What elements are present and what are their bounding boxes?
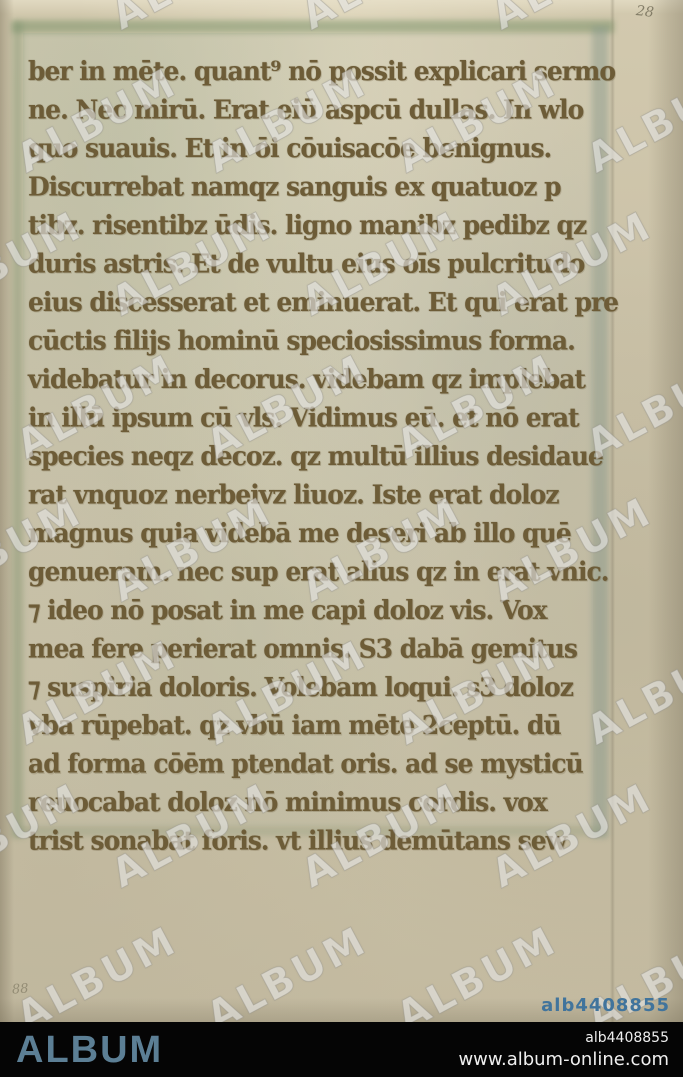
manuscript-line: trist sonabat foris. vt illius demūtans … xyxy=(28,822,610,860)
folio-number-bottom: 88 xyxy=(11,981,29,997)
page-edge-right xyxy=(648,0,683,1023)
folio-number-top: 28 xyxy=(635,3,654,21)
footer-bar: ALBUM alb4408855 www.album-online.com xyxy=(0,1022,683,1077)
page-fold-line xyxy=(610,0,615,1023)
manuscript-line: ne. Nec mirū. Erat eiū aspcū dullas. In … xyxy=(28,90,610,128)
page-edge-top xyxy=(0,0,683,14)
manuscript-line: ⁊ ideo nō posat in me capi doloz vis. Vo… xyxy=(28,591,610,629)
manuscript-line: mea fere perierat omnis. S3 dabā gemitus xyxy=(28,629,610,667)
manuscript-line: eius discesserat et eminuerat. Et qui er… xyxy=(28,283,610,321)
image-id-overlay: alb4408855 xyxy=(541,995,670,1016)
album-logo: ALBUM xyxy=(16,1029,163,1072)
manuscript-line: in illū ipsum cū vls. Vidimus eū. et nō … xyxy=(28,398,610,436)
manuscript-line: duris astris. Et de vultu eius oīs pulcr… xyxy=(28,244,610,282)
manuscript-line: tibz. risentibz ūdis. ligno manibz pedib… xyxy=(28,206,610,244)
manuscript-line: ⁊ suspiria doloris. Volebam loqui. s3 do… xyxy=(28,668,610,706)
manuscript-line: videbatur in decorus. videbam qz impleba… xyxy=(28,360,610,398)
manuscript-line: magnus quia videbā me deseri ab illo quē xyxy=(28,514,610,552)
manuscript-line: species neqz decoz. qz multū illius desi… xyxy=(28,437,610,475)
manuscript-line: Discurrebat namqz sanguis ex quatuoz p xyxy=(28,167,610,205)
manuscript-line: ber in mēte. quant⁹ nō possit explicari … xyxy=(28,52,610,90)
manuscript-line: rat vnquoz nerbeivz liuoz. Iste erat dol… xyxy=(28,475,610,513)
manuscript-line: ad forma cōēm ptendat oris. ad se mystic… xyxy=(28,745,610,783)
manuscript-line: reuocabat doloz nō minimus cordis. vox xyxy=(28,783,610,821)
manuscript-photo: ber in mēte. quant⁹ nō possit explicari … xyxy=(0,0,683,1023)
manuscript-line: quo suauis. Et in ōi cōuisacōe benignus. xyxy=(28,129,610,167)
manuscript-text-block: ber in mēte. quant⁹ nō possit explicari … xyxy=(28,52,610,860)
manuscript-line: genueram. nec sup erat alius qz in erat … xyxy=(28,552,610,590)
footer-website-link[interactable]: www.album-online.com xyxy=(458,1048,669,1072)
footer-credits: alb4408855 www.album-online.com xyxy=(458,1028,669,1072)
footer-image-id: alb4408855 xyxy=(458,1028,669,1048)
stock-photo-page: ber in mēte. quant⁹ nō possit explicari … xyxy=(0,0,683,1077)
manuscript-line: cūctis filijs hominū speciosissimus form… xyxy=(28,321,610,359)
manuscript-line: vba rūpebat. qz vbū iam mēte 2ceptū. dū xyxy=(28,706,610,744)
frame-border-left xyxy=(12,22,23,838)
frame-border-top xyxy=(12,20,614,33)
